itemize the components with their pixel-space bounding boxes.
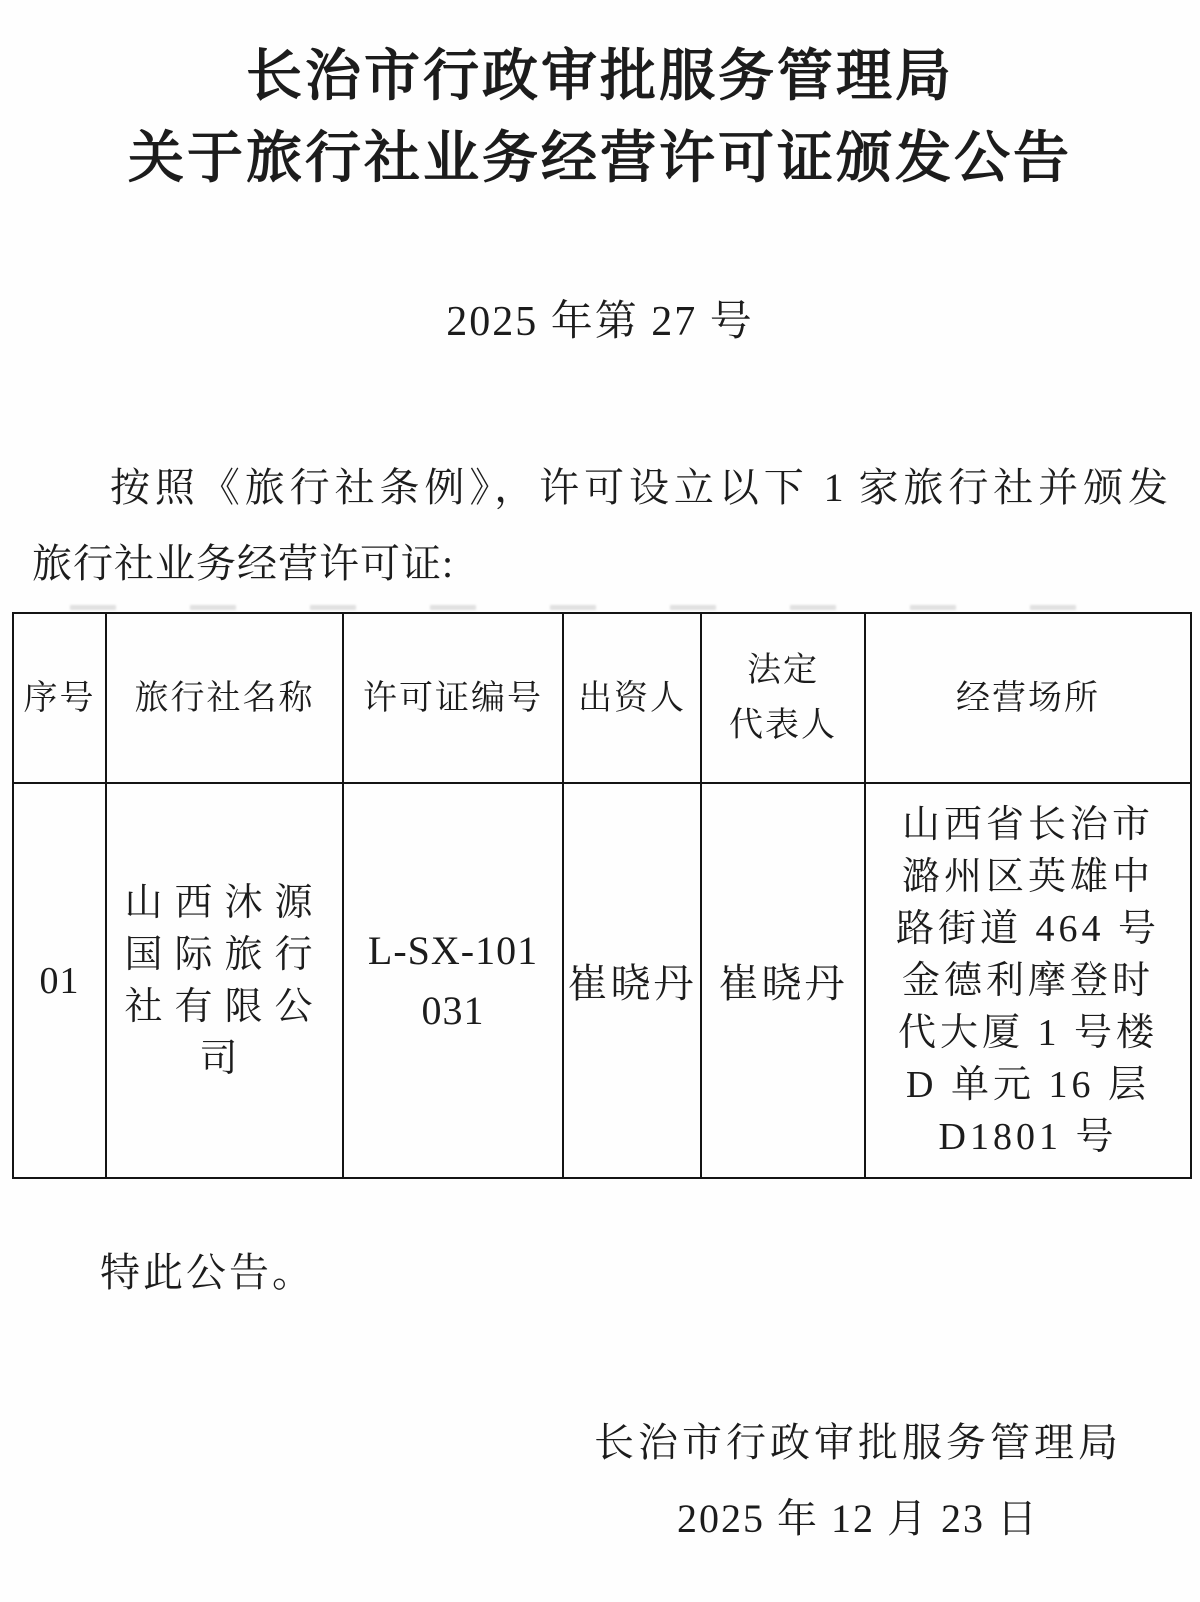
- announcement-document: 长治市行政审批服务管理局 关于旅行社业务经营许可证颁发公告 2025 年第 27…: [0, 0, 1200, 1602]
- closing-statement: 特此公告。: [0, 1249, 1200, 1297]
- document-title-line1: 长治市行政审批服务管理局: [0, 36, 1200, 118]
- signature-block: 长治市行政审批服务管理局 2025 年 12 月 23 日: [594, 1419, 1122, 1543]
- intro-paragraph: 按照《旅行社条例》，许可设立以下 1 家旅行社并颁发 旅行社业务经营许可证:: [0, 450, 1200, 602]
- table-row: 01 山西沐源国际旅行社有限公司 L-SX-101031 崔晓丹 崔晓丹 山西省…: [13, 783, 1191, 1178]
- intro-paragraph-line1: 按照《旅行社条例》，许可设立以下 1 家旅行社并颁发: [0, 450, 1200, 526]
- header-business-address: 经营场所: [865, 613, 1191, 783]
- header-legal-representative: 法定 代表人: [701, 613, 865, 783]
- license-table: 序号 旅行社名称 许可证编号 出资人 法定 代表人 经营场所 01 山西沐源国际…: [12, 612, 1192, 1179]
- cell-agency-name: 山西沐源国际旅行社有限公司: [106, 783, 343, 1178]
- cell-license-no: L-SX-101031: [343, 783, 563, 1178]
- header-row: 序号 旅行社名称 许可证编号 出资人 法定 代表人 经营场所: [13, 613, 1191, 783]
- license-table-header: 序号 旅行社名称 许可证编号 出资人 法定 代表人 经营场所: [13, 613, 1191, 783]
- header-license-no: 许可证编号: [343, 613, 563, 783]
- cell-legal-representative: 崔晓丹: [701, 783, 865, 1178]
- cell-business-address: 山西省长治市潞州区英雄中路街道 464 号金德利摩登时代大厦 1 号楼 D 单元…: [865, 783, 1191, 1178]
- investor-value: 崔晓丹: [564, 952, 700, 1009]
- agency-name-value: 山西沐源国际旅行社有限公司: [121, 877, 329, 1085]
- business-address-value: 山西省长治市潞州区英雄中路街道 464 号金德利摩登时代大厦 1 号楼 D 单元…: [890, 799, 1166, 1163]
- header-seq: 序号: [13, 613, 106, 783]
- document-title-line2: 关于旅行社业务经营许可证颁发公告: [0, 118, 1200, 200]
- intro-paragraph-line2: 旅行社业务经营许可证:: [0, 526, 1200, 602]
- seq-value: 01: [14, 959, 105, 1003]
- header-investor: 出资人: [563, 613, 701, 783]
- cell-investor: 崔晓丹: [563, 783, 701, 1178]
- license-table-body: 01 山西沐源国际旅行社有限公司 L-SX-101031 崔晓丹 崔晓丹 山西省…: [13, 783, 1191, 1178]
- license-no-value: L-SX-101031: [363, 921, 543, 1041]
- header-agency-name: 旅行社名称: [106, 613, 343, 783]
- signature-agency: 长治市行政审批服务管理局: [594, 1419, 1122, 1467]
- signature-date: 2025 年 12 月 23 日: [594, 1495, 1122, 1543]
- document-number: 2025 年第 27 号: [0, 296, 1200, 348]
- document-title: 长治市行政审批服务管理局 关于旅行社业务经营许可证颁发公告: [0, 0, 1200, 200]
- legal-representative-value: 崔晓丹: [702, 952, 864, 1009]
- scan-artifact: [70, 605, 1140, 610]
- cell-seq: 01: [13, 783, 106, 1178]
